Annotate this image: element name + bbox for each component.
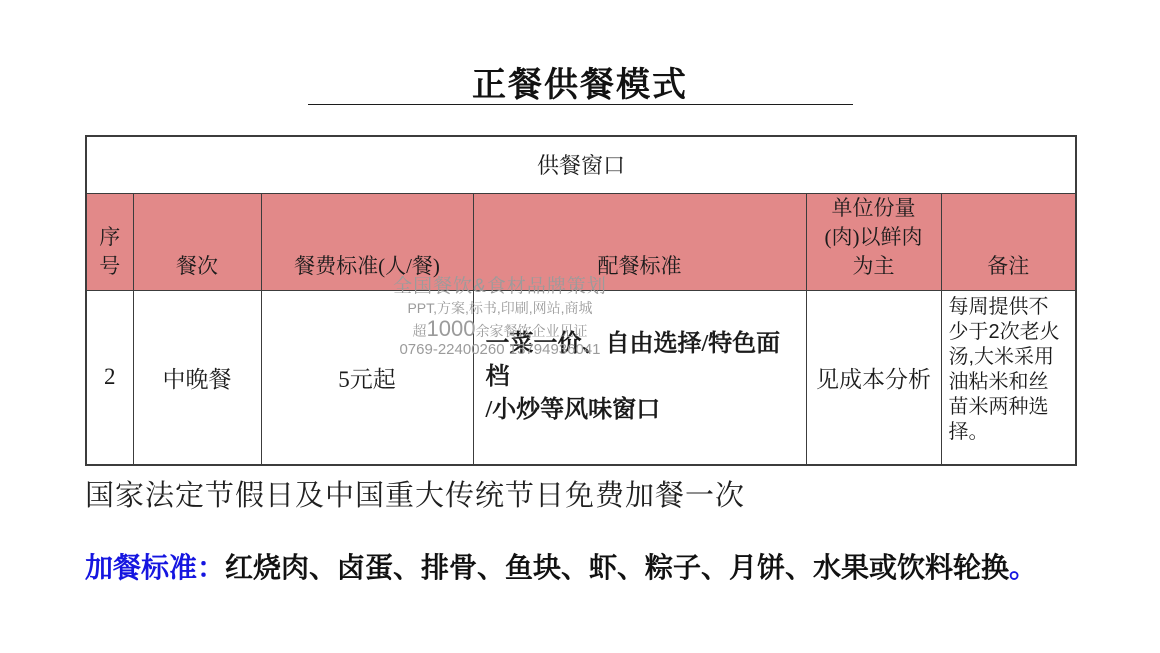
extra-meal-label: 加餐标准： xyxy=(85,552,225,583)
extra-meal-period: 。 xyxy=(1009,552,1037,583)
holiday-note: 国家法定节假日及中国重大传统节日免费加餐一次 xyxy=(85,473,745,514)
cell-price: 5元起 xyxy=(261,290,473,465)
col-header-remark: 备注 xyxy=(941,193,1076,290)
col-header-portion: 单位份量 (肉)以鲜肉 为主 xyxy=(806,193,941,290)
table-group-header: 供餐窗口 xyxy=(86,136,1076,193)
page-title: 正餐供餐模式 xyxy=(0,57,1160,106)
col-header-index: 序 号 xyxy=(86,193,133,290)
extra-meal-items: 红烧肉、卤蛋、排骨、鱼块、虾、粽子、月饼、水果或饮料轮换 xyxy=(225,552,1009,583)
col-header-standard: 配餐标准 xyxy=(473,193,806,290)
cell-portion: 见成本分析 xyxy=(806,290,941,465)
extra-meal-note: 加餐标准：红烧肉、卤蛋、排骨、鱼块、虾、粽子、月饼、水果或饮料轮换。 xyxy=(85,546,1037,586)
slide: 正餐供餐模式 供餐窗口 序 号 餐次 餐费标准(人/餐) 配餐标准 单位份量 (… xyxy=(0,0,1160,653)
cell-standard: 一菜一价、自由选择/特色面档 /小炒等风味窗口 xyxy=(473,290,806,465)
cell-index: 2 xyxy=(86,290,133,465)
meal-service-table: 供餐窗口 序 号 餐次 餐费标准(人/餐) 配餐标准 单位份量 (肉)以鲜肉 为… xyxy=(85,135,1077,466)
table-span-row: 供餐窗口 xyxy=(86,136,1076,193)
cell-remark: 每周提供不少于2次老火汤,大米采用油粘米和丝苗米两种选择。 xyxy=(941,290,1076,465)
col-header-meal: 餐次 xyxy=(133,193,261,290)
title-underline xyxy=(308,104,853,105)
table-row: 2 中晚餐 5元起 一菜一价、自由选择/特色面档 /小炒等风味窗口 见成本分析 … xyxy=(86,290,1076,465)
cell-meal: 中晚餐 xyxy=(133,290,261,465)
table-header-row: 序 号 餐次 餐费标准(人/餐) 配餐标准 单位份量 (肉)以鲜肉 为主 备注 xyxy=(86,193,1076,290)
col-header-price: 餐费标准(人/餐) xyxy=(261,193,473,290)
